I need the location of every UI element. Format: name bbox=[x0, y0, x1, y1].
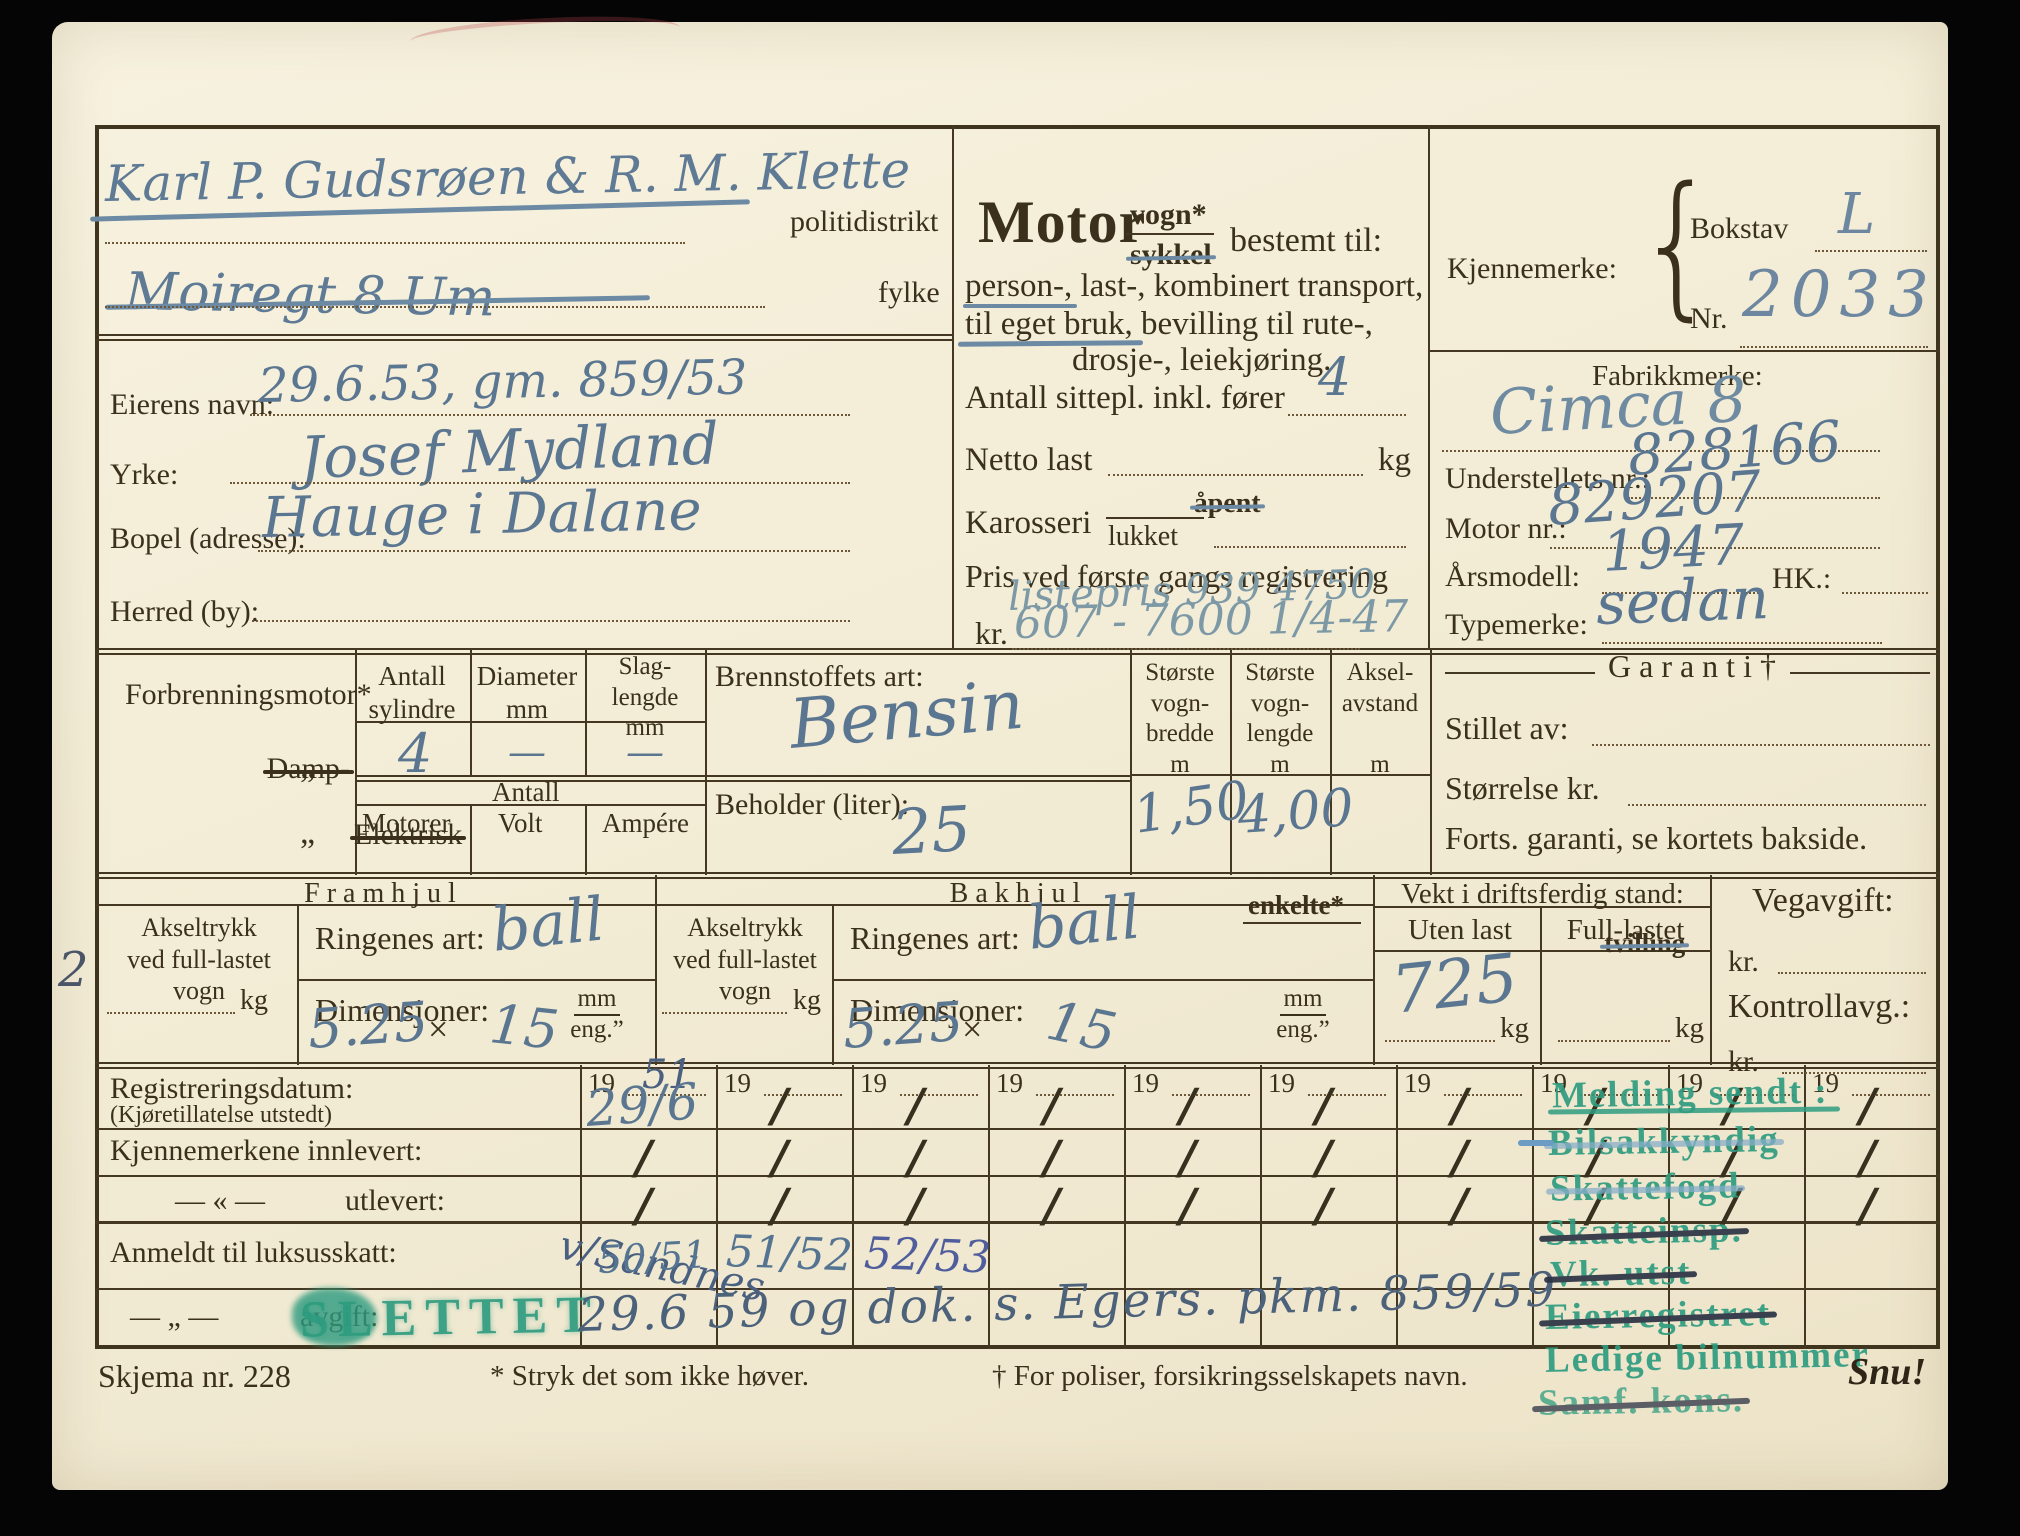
typemerke-label: Typemerke: bbox=[1445, 608, 1588, 642]
typemerke-value[interactable]: sedan bbox=[1595, 564, 1770, 638]
header-diameter: Diameter mm bbox=[472, 660, 582, 726]
mm-eng-f: mm eng.” bbox=[552, 985, 642, 1045]
ampere-header: Ampére bbox=[602, 808, 689, 839]
rule bbox=[1445, 672, 1595, 674]
motor-bestemt: bestemt til: bbox=[1230, 222, 1382, 260]
full-lastet-field[interactable] bbox=[1558, 1040, 1670, 1042]
ringenes-value-b[interactable]: ball bbox=[1024, 882, 1143, 963]
netto-kg: kg bbox=[1378, 442, 1411, 479]
rule bbox=[95, 334, 952, 341]
lux-52-53: 52/53 bbox=[863, 1228, 992, 1283]
hk-field-line[interactable] bbox=[1842, 592, 1928, 594]
motorer-header: Motorer bbox=[362, 808, 450, 839]
rule bbox=[1790, 672, 1930, 674]
date-mark: / bbox=[1043, 1130, 1060, 1184]
date-mark: / bbox=[1859, 1078, 1876, 1132]
motor-sykkel-struck: sykkel bbox=[1130, 238, 1212, 272]
header-akselavstand: Aksel- avstand m bbox=[1332, 658, 1428, 780]
regdatum-label: Registreringsdatum: bbox=[110, 1072, 353, 1106]
registration-card-scan: 2 Karl P. Gudsrøen & bbox=[0, 0, 2020, 1536]
elektrisk-ditto: „ bbox=[300, 814, 315, 852]
date-mark: / bbox=[1451, 1078, 1468, 1132]
akseltrykk-field-f[interactable] bbox=[107, 1012, 235, 1014]
ringenes-value-f[interactable]: ball bbox=[488, 884, 607, 965]
herred-label: Herred (by): bbox=[110, 595, 259, 629]
dim-b-f[interactable]: 15 bbox=[487, 992, 562, 1062]
fraction-rule bbox=[1243, 922, 1361, 924]
date-mark: / bbox=[1315, 1078, 1332, 1132]
date-mark: / bbox=[1451, 1178, 1468, 1232]
utlevert-label: utlevert: bbox=[345, 1184, 445, 1218]
divider bbox=[952, 125, 954, 650]
stamp-samf-kons: Samf. kons. bbox=[1538, 1378, 1745, 1425]
date-mark: / bbox=[771, 1130, 788, 1184]
bokstav-field-line[interactable] bbox=[1815, 250, 1927, 252]
uten-last-field[interactable] bbox=[1385, 1040, 1495, 1042]
fraction-rule bbox=[1106, 517, 1204, 519]
header-vognlengde: Største vogn- lengde m bbox=[1232, 658, 1328, 780]
date-mark: / bbox=[1043, 1178, 1060, 1232]
sylindre-value[interactable]: 4 bbox=[398, 722, 432, 785]
typemerke-field-line[interactable] bbox=[1602, 642, 1882, 644]
eier-label: Eierens navn: bbox=[110, 388, 274, 422]
date-mark: / bbox=[1179, 1130, 1196, 1184]
mm-eng-b: mm eng.” bbox=[1258, 985, 1348, 1045]
stillet-field-line[interactable] bbox=[1592, 744, 1930, 746]
kg-label: kg bbox=[1500, 1012, 1529, 1045]
date-mark: / bbox=[907, 1078, 924, 1132]
politidistrikt-label: politidistrikt bbox=[790, 205, 938, 239]
kg-label: kg bbox=[240, 985, 268, 1017]
pris-field-line[interactable] bbox=[1012, 648, 1360, 650]
vegavgift-label: Vegavgift: bbox=[1752, 882, 1894, 920]
bokstav-value[interactable]: L bbox=[1838, 182, 1875, 247]
lux-51-52: 51/52 bbox=[725, 1226, 854, 1281]
margin-note: 2 bbox=[58, 942, 89, 998]
enkelte-label: enkelte* bbox=[1248, 890, 1344, 921]
fylke-label: fylke bbox=[878, 276, 940, 310]
date-mark: / bbox=[1179, 1178, 1196, 1232]
forbrenningsmotor-label: Forbrenningsmotor* bbox=[125, 678, 372, 712]
date-mark: / bbox=[1451, 1130, 1468, 1184]
stillet-label: Stillet av: bbox=[1445, 710, 1569, 747]
rule bbox=[1428, 350, 1940, 352]
kjennemerke-label: Kjennemerke: bbox=[1447, 252, 1617, 286]
dotted-line bbox=[105, 306, 765, 308]
stamp-bilsakkyndig: Bilsakkyndig bbox=[1548, 1118, 1780, 1165]
divider bbox=[1710, 875, 1712, 1065]
dim-a-f[interactable]: 5.25 bbox=[306, 990, 430, 1061]
times-f: × bbox=[428, 1008, 448, 1050]
herred-field-line[interactable] bbox=[252, 620, 850, 622]
antall-header: Antall bbox=[492, 777, 560, 808]
sittepl-label: Antall sittepl. inkl. fører bbox=[965, 380, 1285, 417]
divider bbox=[470, 804, 472, 875]
framhjul-header: F r a m h j u l bbox=[240, 878, 520, 910]
innlevert-label: Kjennemerkene innlevert: bbox=[110, 1134, 422, 1168]
divider bbox=[1373, 875, 1375, 1065]
blue-dash bbox=[1518, 1140, 1554, 1146]
ringenes-label-f: Ringenes art: bbox=[315, 920, 485, 957]
divider bbox=[705, 650, 707, 875]
sittepl-field-line[interactable] bbox=[1288, 414, 1406, 416]
divider bbox=[1540, 906, 1542, 1065]
netto-field-line[interactable] bbox=[1108, 474, 1363, 476]
bokstav-label: Bokstav bbox=[1690, 212, 1788, 246]
date-mark: / bbox=[1043, 1078, 1060, 1132]
kg-label: kg bbox=[793, 985, 821, 1017]
storrelse-field-line[interactable] bbox=[1628, 804, 1926, 806]
footnote-stryk: * Stryk det som ikke høver. bbox=[490, 1360, 809, 1393]
kr-label: kr. bbox=[975, 615, 1008, 652]
header-vognbredde: Største vogn- bredde m bbox=[1132, 658, 1228, 780]
skjema-number: Skjema nr. 228 bbox=[98, 1358, 291, 1395]
date-mark: / bbox=[771, 1178, 788, 1232]
bopel-field-line[interactable] bbox=[258, 550, 850, 552]
vegavgift-field[interactable] bbox=[1778, 972, 1926, 974]
regdatum-sublabel: (Kjøretillatelse utstedt) bbox=[110, 1102, 332, 1129]
motor-line1: person-, last-, kombinert transport, bbox=[965, 268, 1423, 305]
header-antall-sylindre: Antall sylindre bbox=[357, 660, 467, 726]
beholder-value[interactable]: 25 bbox=[890, 792, 973, 869]
kontrollavg-label: Kontrollavg.: bbox=[1728, 988, 1910, 1026]
stamp-skatteinsp: Skatteinsp. bbox=[1545, 1208, 1744, 1254]
mm-label: mm bbox=[574, 985, 621, 1016]
motor-vogn: vogn* bbox=[1130, 198, 1207, 232]
date-mark: / bbox=[907, 1178, 924, 1232]
date-mark: / bbox=[1315, 1178, 1332, 1232]
sittepl-value[interactable]: 4 bbox=[1318, 348, 1351, 408]
garanti-title: G a r a n t i † bbox=[1608, 648, 1776, 685]
year-label: 19 bbox=[1132, 1068, 1159, 1099]
crossed-owner-line2: Moiregt 8 Um bbox=[124, 262, 495, 328]
yrke-label: Yrke: bbox=[110, 458, 178, 492]
eng-label: eng.” bbox=[1258, 1016, 1348, 1045]
motor-line3: drosje-, leiekjøring. bbox=[1072, 342, 1331, 379]
rule bbox=[832, 979, 1373, 981]
divider bbox=[585, 804, 587, 875]
eier-value[interactable]: 29.6.53, gm. 859/53 bbox=[258, 349, 748, 414]
stamp-ledige-bilnummer: Ledige bilnummer bbox=[1545, 1333, 1871, 1382]
kg-label: kg bbox=[1675, 1012, 1704, 1045]
rule bbox=[355, 775, 1130, 782]
nr-value[interactable]: 2033 bbox=[1742, 258, 1937, 332]
stamp-vk-utst: Vk. utst bbox=[1550, 1251, 1692, 1296]
snu-label: Snu! bbox=[1848, 1350, 1926, 1394]
dotted-line bbox=[105, 242, 685, 244]
forts-garanti-note: Forts. garanti, se kortets bakside. bbox=[1445, 820, 1867, 857]
vognlengde-value[interactable]: 4,00 bbox=[1236, 778, 1356, 846]
arsmodell-label: Årsmodell: bbox=[1445, 560, 1580, 594]
diameter-value[interactable]: — bbox=[508, 730, 546, 774]
bopel-value[interactable]: Hauge i Dalane bbox=[261, 478, 702, 551]
hk-label: HK.: bbox=[1772, 562, 1831, 596]
slettet-stamp: SLETTET bbox=[300, 1285, 601, 1349]
eng-label: eng.” bbox=[552, 1016, 642, 1045]
vekt-header: Vekt i driftsferdig stand: bbox=[1380, 878, 1705, 911]
motor-line2: til eget bruk, bevilling til rute-, bbox=[965, 306, 1373, 343]
karosseri-apent-struck: åpent bbox=[1194, 488, 1261, 520]
date-mark: / bbox=[635, 1178, 652, 1232]
divider bbox=[585, 650, 587, 777]
year-label: 19 bbox=[724, 1068, 751, 1099]
date-mark: / bbox=[1859, 1178, 1876, 1232]
avgift-prefix: — „ — bbox=[130, 1300, 218, 1334]
pris-handwriting-2: 607 - 7600 1/4-47 bbox=[1014, 591, 1409, 649]
slaglengde-value[interactable]: — bbox=[626, 730, 664, 774]
volt-header: Volt bbox=[498, 808, 543, 839]
footnote-poliser: † For poliser, forsikringsselskapets nav… bbox=[992, 1360, 1468, 1393]
damp-ditto: „ bbox=[300, 748, 315, 786]
netto-label: Netto last bbox=[965, 442, 1092, 479]
dim-a-b[interactable]: 5.25 bbox=[841, 990, 965, 1061]
date-mark: / bbox=[1315, 1130, 1332, 1184]
nr-label: Nr. bbox=[1690, 302, 1728, 336]
divider bbox=[832, 904, 834, 1065]
divider bbox=[1430, 650, 1432, 875]
nr-field-line[interactable] bbox=[1740, 346, 1928, 348]
karosseri-lukket: lukket bbox=[1108, 521, 1178, 553]
stamp-eierregistret: Eierregistret bbox=[1545, 1292, 1772, 1339]
mm-label: mm bbox=[1280, 985, 1327, 1016]
date-mark: / bbox=[1179, 1078, 1196, 1132]
storrelse-label: Størrelse kr. bbox=[1445, 770, 1600, 807]
date-mark: / bbox=[771, 1078, 788, 1132]
divider bbox=[297, 904, 299, 1065]
date-29-6: 29/6 bbox=[584, 1072, 700, 1138]
utlevert-prefix: — « — bbox=[175, 1184, 265, 1218]
luksusskatt-label: Anmeldt til luksusskatt: bbox=[110, 1236, 397, 1270]
year-label: 19 bbox=[860, 1068, 887, 1099]
karosseri-field-line[interactable] bbox=[1214, 546, 1406, 548]
date-mark: / bbox=[1859, 1130, 1876, 1184]
ringenes-label-b: Ringenes art: bbox=[850, 920, 1020, 957]
year-label: 19 bbox=[1404, 1068, 1431, 1099]
lux-50-51: 50/51 bbox=[597, 1232, 709, 1282]
divider bbox=[1428, 125, 1430, 650]
karosseri-label: Karosseri bbox=[965, 505, 1091, 542]
year-label: 19 bbox=[1268, 1068, 1295, 1099]
times-b: × bbox=[962, 1008, 982, 1050]
rule bbox=[297, 979, 655, 981]
year-label: 19 bbox=[996, 1068, 1023, 1099]
date-mark: / bbox=[635, 1130, 652, 1184]
fraction-rule bbox=[1126, 233, 1214, 235]
motor-title: Motor bbox=[978, 188, 1146, 257]
kr-label: kr. bbox=[1728, 945, 1759, 979]
date-mark: / bbox=[907, 1130, 924, 1184]
full-lastet-header: Full-lastet bbox=[1548, 914, 1703, 947]
beholder-label: Beholder (liter): bbox=[715, 788, 909, 822]
akseltrykk-field-b[interactable] bbox=[662, 1012, 787, 1014]
stamp-skattefogd: Skattefogd bbox=[1550, 1164, 1741, 1210]
